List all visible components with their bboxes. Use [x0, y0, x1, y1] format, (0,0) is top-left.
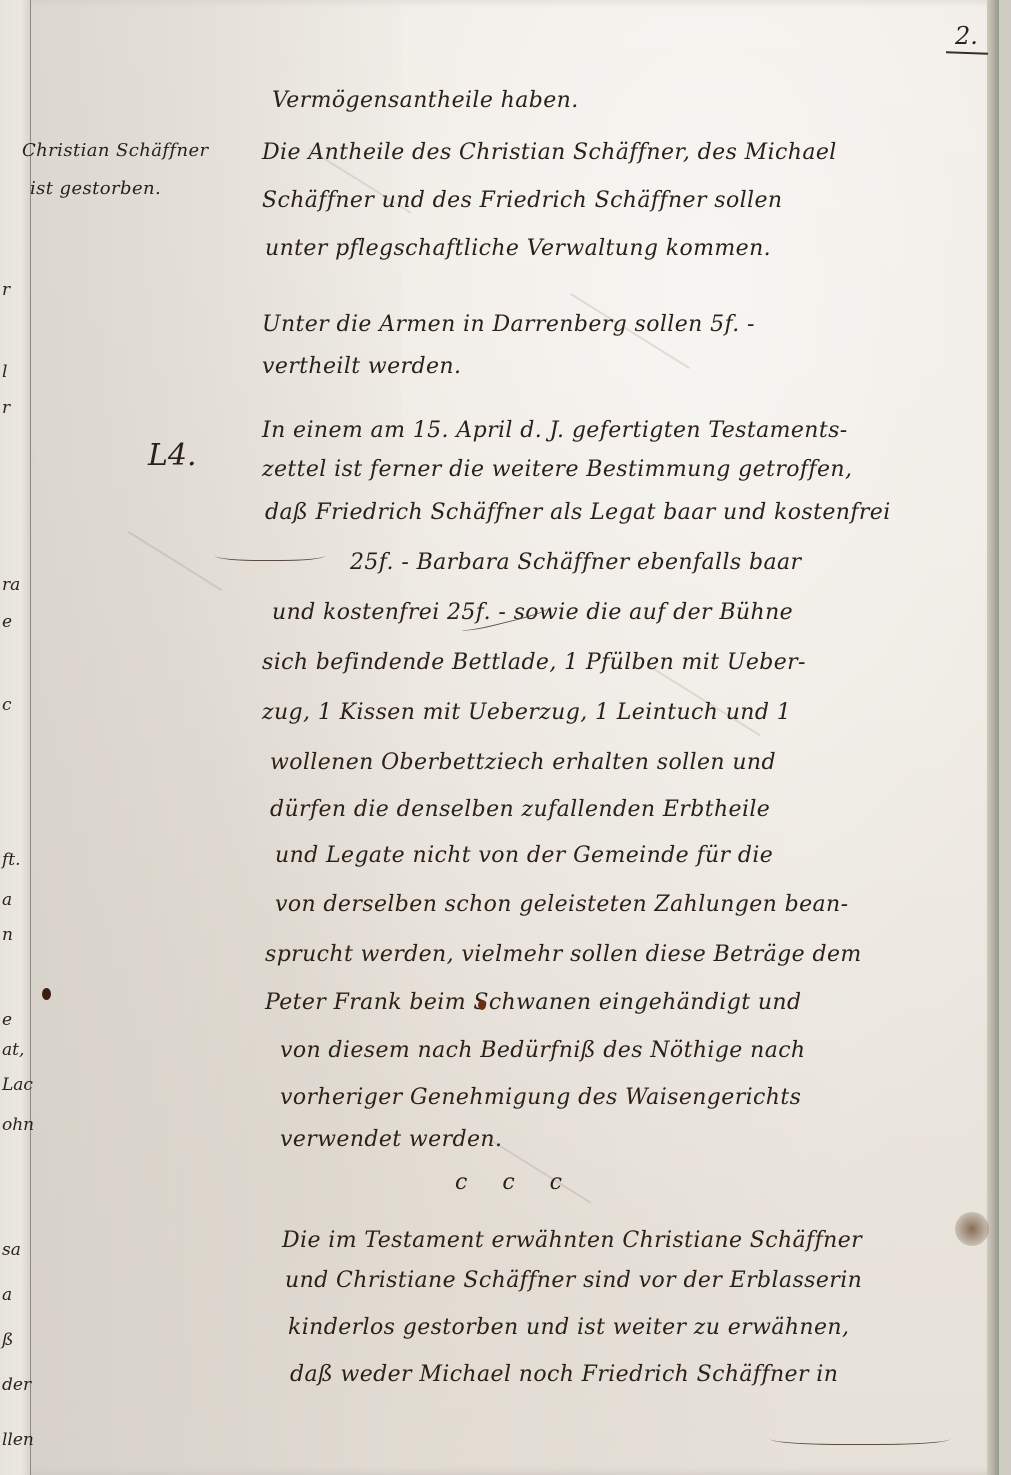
prev-page-fragment: llen — [2, 1430, 34, 1450]
text-line: daß weder Michael noch Friedrich Schäffn… — [290, 1362, 838, 1387]
prev-page-fragment: ohn — [2, 1115, 34, 1135]
pen-flourish — [215, 548, 325, 561]
prev-page-fragment: ft. — [2, 850, 21, 870]
prev-page-fragment: l — [2, 362, 7, 382]
text-line: Peter Frank beim Schwanen eingehändigt u… — [265, 990, 802, 1015]
ink-blot — [42, 988, 51, 1000]
prev-page-fragment: r — [2, 398, 10, 418]
text-line: wollenen Oberbettziech erhalten sollen u… — [270, 750, 776, 775]
prev-page-fragment: a — [2, 890, 12, 910]
text-line: Die im Testament erwähnten Christiane Sc… — [282, 1228, 862, 1253]
paper-stain — [955, 1212, 989, 1246]
text-line: vorheriger Genehmigung des Waisengericht… — [280, 1085, 801, 1110]
text-line: In einem am 15. April d. J. gefertigten … — [262, 418, 848, 443]
page-fold-shadow — [31, 0, 401, 1475]
text-line: 25f. - Barbara Schäffner ebenfalls baar — [350, 550, 801, 575]
text-line: von derselben schon geleisteten Zahlunge… — [275, 892, 848, 917]
ink-blot — [478, 1000, 486, 1010]
prev-page-fragment: n — [2, 925, 13, 945]
text-line: und Legate nicht von der Gemeinde für di… — [275, 843, 773, 868]
section-marker: L4. — [148, 438, 197, 473]
text-line: von diesem nach Bedürfniß des Nöthige na… — [280, 1038, 806, 1063]
prev-page-fragment: sa — [2, 1240, 21, 1260]
margin-note: ist gestorben. — [30, 178, 161, 199]
section-separator: c c c — [455, 1170, 576, 1195]
prev-page-fragment: ß — [2, 1330, 13, 1350]
text-line: Vermögensantheile haben. — [272, 88, 579, 113]
prev-page-fragment: e — [2, 1010, 12, 1030]
text-line: Schäffner und des Friedrich Schäffner so… — [262, 188, 782, 213]
text-line: sprucht werden, vielmehr sollen diese Be… — [265, 942, 862, 967]
prev-page-fragment: der — [2, 1375, 31, 1395]
prev-page-fragment: c — [2, 695, 12, 715]
text-line: vertheilt werden. — [262, 354, 461, 379]
previous-page-edge: r l r ra e c ft. a n e at, Lac ohn sa a … — [0, 0, 31, 1475]
margin-note: Christian Schäffner — [22, 140, 209, 161]
closing-flourish — [770, 1430, 950, 1445]
text-line: kinderlos gestorben und ist weiter zu er… — [288, 1315, 849, 1340]
prev-page-fragment: at, — [2, 1040, 24, 1060]
text-line: dürfen die denselben zufallenden Erbthei… — [270, 797, 770, 822]
text-line: zug, 1 Kissen mit Ueberzug, 1 Leintuch u… — [262, 700, 791, 725]
prev-page-fragment: e — [2, 612, 12, 632]
text-line: zettel ist ferner die weitere Bestimmung… — [262, 457, 852, 482]
prev-page-fragment: a — [2, 1285, 12, 1305]
text-line: daß Friedrich Schäffner als Legat baar u… — [265, 500, 891, 525]
text-line: unter pflegschaftliche Verwaltung kommen… — [265, 236, 771, 261]
prev-page-fragment: ra — [2, 575, 20, 595]
page-number: 2. — [955, 22, 978, 50]
page-edge — [987, 0, 999, 1475]
text-line: verwendet werden. — [280, 1127, 502, 1152]
text-line: und Christiane Schäffner sind vor der Er… — [285, 1268, 862, 1293]
text-line: sich befindende Bettlade, 1 Pfülben mit … — [262, 650, 806, 675]
prev-page-fragment: r — [2, 280, 10, 300]
prev-page-fragment: Lac — [2, 1075, 33, 1095]
text-line: Die Antheile des Christian Schäffner, de… — [262, 140, 837, 165]
text-line: Unter die Armen in Darrenberg sollen 5f.… — [262, 312, 755, 337]
